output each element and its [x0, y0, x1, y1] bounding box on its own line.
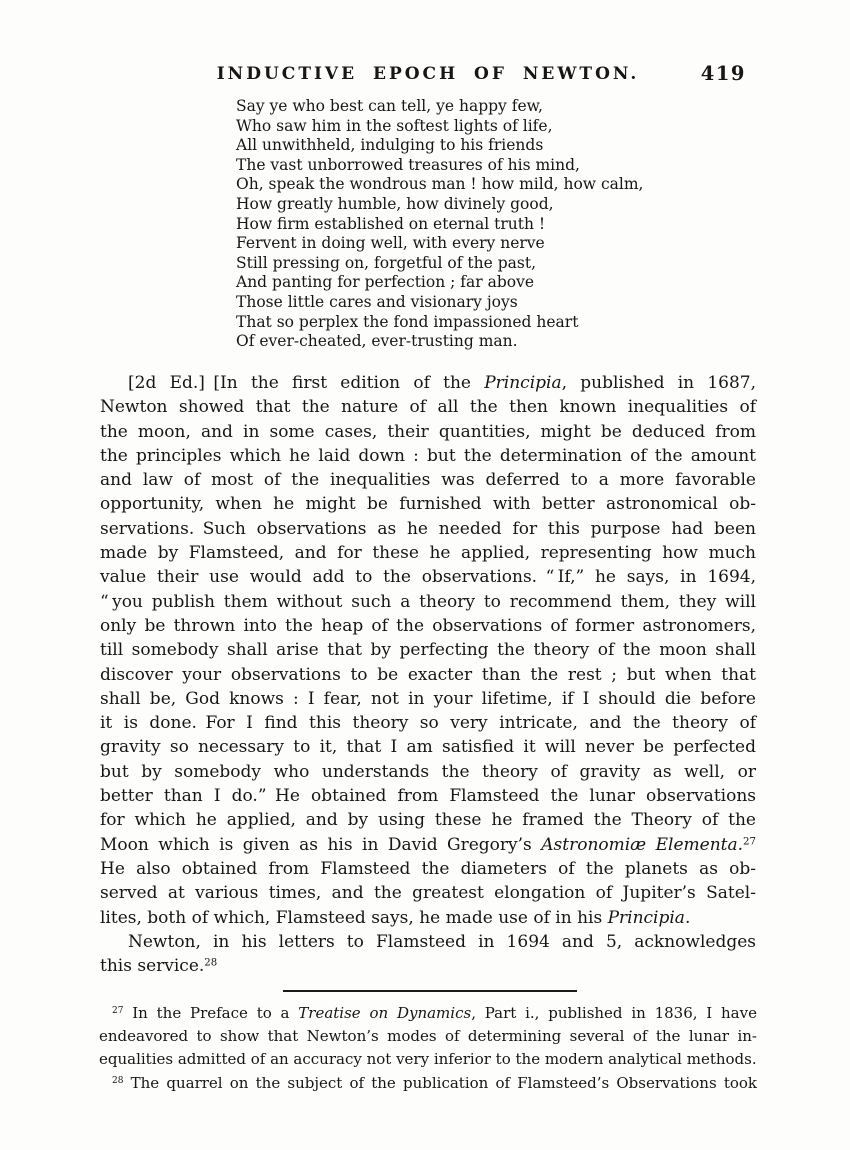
poem-line: Say ye who best can tell, ye happy few,	[236, 97, 644, 117]
body-text-line: gravity so necessary to it, that I am sa…	[100, 735, 756, 759]
footnote-line: 28 The quarrel on the subject of the pub…	[99, 1072, 757, 1095]
body-text-line: Newton showed that the nature of all the…	[100, 395, 756, 419]
body-text-line: till somebody shall arise that by perfec…	[100, 638, 756, 662]
poem-line: And panting for perfection ; far above	[236, 273, 644, 293]
body-text-line: value their use would add to the observa…	[100, 565, 756, 589]
poem-line: How greatly humble, how divinely good,	[236, 195, 644, 215]
body-text-line: made by Flamsteed, and for these he appl…	[100, 541, 756, 565]
poem-line: Fervent in doing well, with every nerve	[236, 234, 644, 254]
poem-line: Still pressing on, forgetful of the past…	[236, 254, 644, 274]
poem-line: Oh, speak the wondrous man ! how mild, h…	[236, 175, 644, 195]
book-page: INDUCTIVE EPOCH OF NEWTON. 419 Say ye wh…	[0, 0, 850, 1150]
running-head: INDUCTIVE EPOCH OF NEWTON.	[100, 64, 756, 84]
body-text-line: opportunity, when he might be furnished …	[100, 492, 756, 516]
footnote-line: equalities admitted of an accuracy not v…	[99, 1048, 757, 1071]
body-text-line: lites, both of which, Flamsteed says, he…	[100, 906, 756, 930]
footnote-separator	[283, 990, 577, 992]
body-text-line: the moon, and in some cases, their quant…	[100, 420, 756, 444]
poem-line: How firm established on eternal truth !	[236, 215, 644, 235]
poem-line: Of ever-cheated, ever-trusting man.	[236, 332, 644, 352]
poem-line: That so perplex the fond impassioned hea…	[236, 313, 644, 333]
body-text-line: [2d Ed.] [In the first edition of the Pr…	[100, 371, 756, 395]
body-text-line: and law of most of the inequalities was …	[100, 468, 756, 492]
poem-line: Those little cares and visionary joys	[236, 293, 644, 313]
body-text-line: served at various times, and the greates…	[100, 881, 756, 905]
page-number: 419	[701, 62, 746, 85]
body-text-line: servations. Such observations as he need…	[100, 517, 756, 541]
body-text-line: He also obtained from Flamsteed the diam…	[100, 857, 756, 881]
body-text-line: for which he applied, and by using these…	[100, 808, 756, 832]
footnote-line: endeavored to show that Newton’s modes o…	[99, 1025, 757, 1048]
body-text-line: this service.28	[100, 954, 756, 978]
poem-block: Say ye who best can tell, ye happy few,W…	[236, 97, 644, 352]
poem-line: The vast unborrowed treasures of his min…	[236, 156, 644, 176]
poem-line: All unwithheld, indulging to his friends	[236, 136, 644, 156]
footnotes-block: 27 In the Preface to a Treatise on Dynam…	[99, 1002, 757, 1095]
body-text-line: only be thrown into the heap of the obse…	[100, 614, 756, 638]
body-text-line: the principles which he laid down : but …	[100, 444, 756, 468]
body-text-line: it is done. For I find this theory so ve…	[100, 711, 756, 735]
body-text-line: Newton, in his letters to Flamsteed in 1…	[100, 930, 756, 954]
body-text-line: better than I do.” He obtained from Flam…	[100, 784, 756, 808]
body-text-line: discover your observations to be exacter…	[100, 663, 756, 687]
body-text-line: Moon which is given as his in David Greg…	[100, 833, 756, 857]
body-paragraphs: [2d Ed.] [In the first edition of the Pr…	[100, 371, 756, 978]
body-text-line: “ you publish them without such a theory…	[100, 590, 756, 614]
poem-line: Who saw him in the softest lights of lif…	[236, 117, 644, 137]
body-text-line: but by somebody who understands the theo…	[100, 760, 756, 784]
body-text-line: shall be, God knows : I fear, not in you…	[100, 687, 756, 711]
footnote-line: 27 In the Preface to a Treatise on Dynam…	[99, 1002, 757, 1025]
